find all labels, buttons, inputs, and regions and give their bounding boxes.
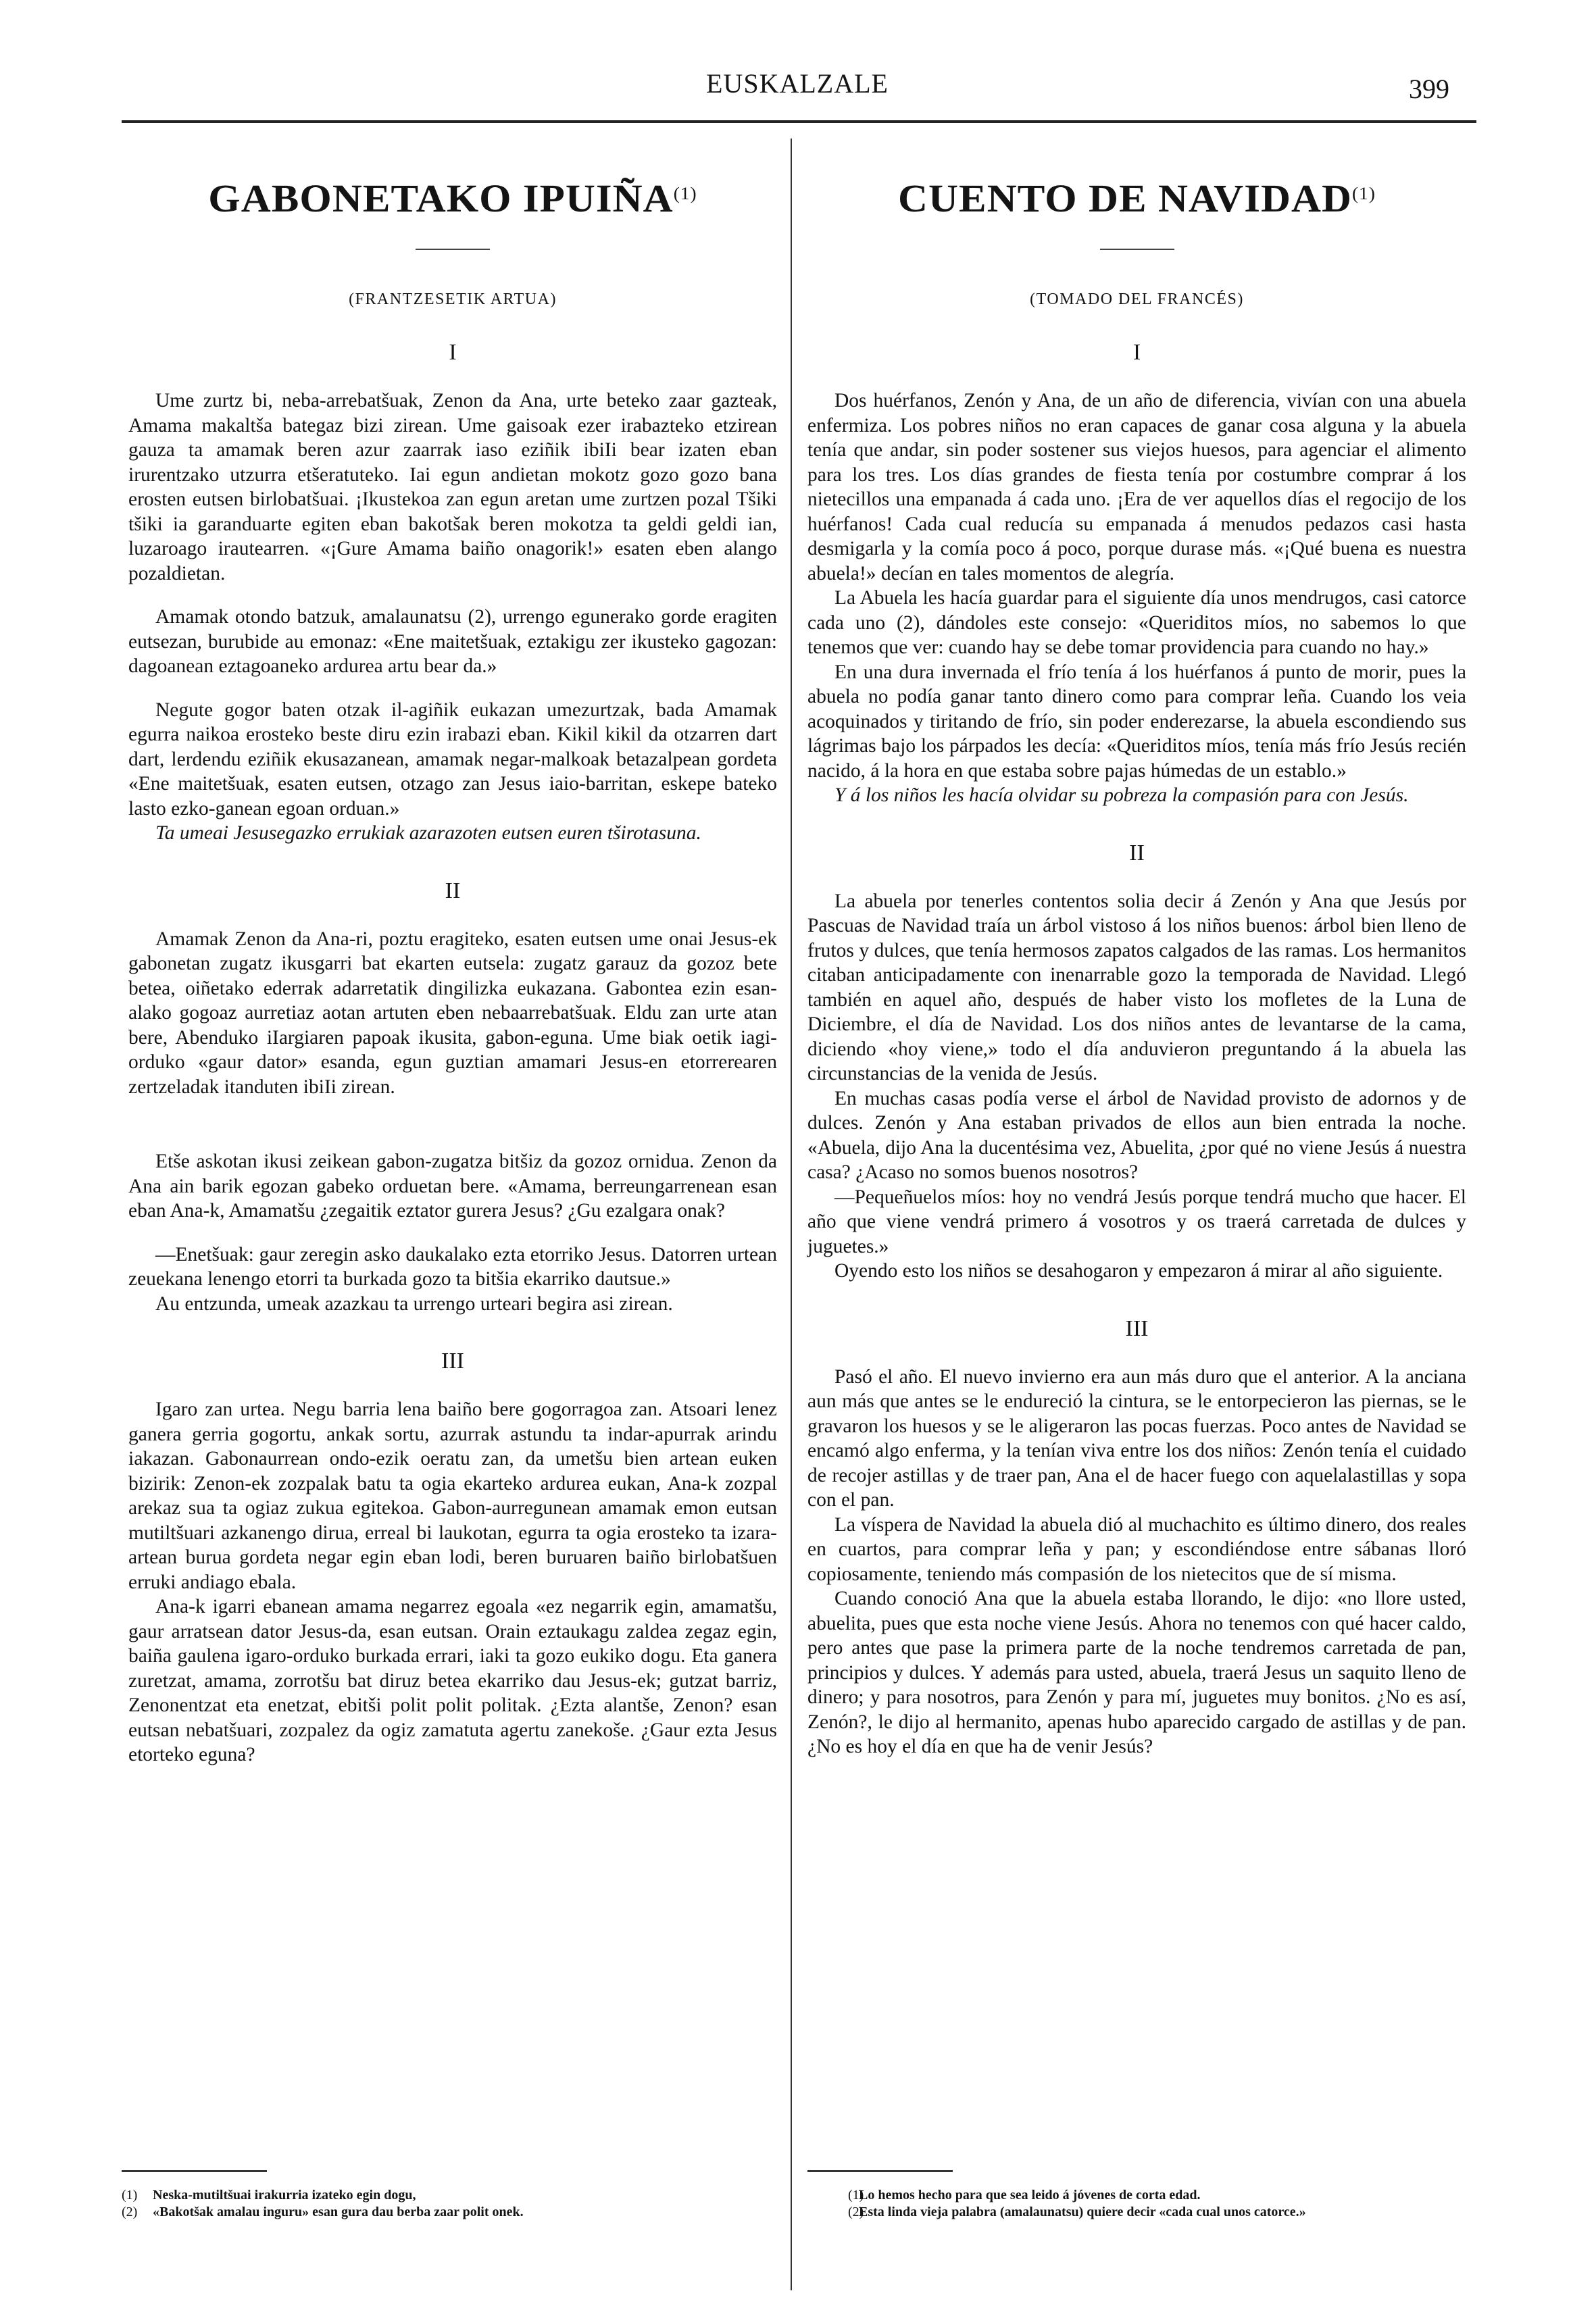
page-number: 399 bbox=[1409, 73, 1449, 105]
running-head: EUSKALZALE 399 bbox=[0, 68, 1596, 108]
footnote-mark: (1) bbox=[122, 2187, 153, 2204]
title-rule bbox=[1100, 249, 1174, 250]
footnote-text: «Bakotšak amalau inguru» esan gura dau b… bbox=[153, 2205, 524, 2219]
paragraph: La abuela por tenerles contentos solia d… bbox=[807, 889, 1466, 1086]
title-rule bbox=[416, 249, 490, 250]
paragraph: La Abuela les hacía guardar para el sigu… bbox=[807, 586, 1466, 660]
spanish-subtitle: (TOMADO DEL FRANCÉS) bbox=[807, 291, 1466, 309]
header-rule bbox=[122, 120, 1476, 123]
title-footnote-ref: (1) bbox=[1352, 184, 1376, 203]
paragraph-italic: Ta umeai Jesusegazko errukiak azarazoten… bbox=[128, 821, 777, 846]
spanish-column: CUENTO DE NAVIDAD(1) (TOMADO DEL FRANCÉS… bbox=[807, 155, 1466, 1759]
paragraph: —Pequeñuelos míos: hoy no vendrá Jesús p… bbox=[807, 1185, 1466, 1259]
footnote-mark: (1) bbox=[828, 2187, 859, 2204]
paragraph-italic: Y á los niños les hacía olvidar su pobre… bbox=[807, 783, 1466, 808]
column-divider bbox=[791, 139, 792, 2290]
paragraph: La víspera de Navidad la abuela dió al m… bbox=[807, 1513, 1466, 1587]
running-title: EUSKALZALE bbox=[706, 68, 889, 99]
footnote: (1)Lo hemos hecho para que sea leido á j… bbox=[807, 2187, 1466, 2204]
paragraph: Amamak Zenon da Ana-ri, poztu eragiteko,… bbox=[128, 927, 777, 1100]
section-numeral: I bbox=[807, 340, 1466, 366]
section-numeral: II bbox=[807, 840, 1466, 866]
spanish-footnotes: (1)Lo hemos hecho para que sea leido á j… bbox=[807, 2170, 1466, 2221]
paragraph: Oyendo esto los niños se desahogaron y e… bbox=[807, 1259, 1466, 1284]
section-numeral: I bbox=[128, 340, 777, 366]
footnote-text: Lo hemos hecho para que sea leido á jóve… bbox=[859, 2188, 1201, 2203]
basque-title-text: GABONETAKO IPUIÑA bbox=[208, 176, 673, 220]
paragraph: Pasó el año. El nuevo invierno era aun m… bbox=[807, 1365, 1466, 1513]
section-numeral: II bbox=[128, 878, 777, 904]
footnote: (1)Neska-mutiltšuai irakurria izateko eg… bbox=[122, 2187, 770, 2204]
paragraph: Dos huérfanos, Zenón y Ana, de un año de… bbox=[807, 388, 1466, 586]
spanish-title: CUENTO DE NAVIDAD(1) bbox=[791, 176, 1483, 223]
footnote: (2)Esta linda vieja palabra (amalaunatsu… bbox=[807, 2204, 1466, 2221]
basque-title: GABONETAKO IPUIÑA(1) bbox=[112, 176, 793, 223]
footnote-text: Esta linda vieja palabra (amalaunatsu) q… bbox=[859, 2205, 1306, 2219]
paragraph: En una dura invernada el frío tenía á lo… bbox=[807, 660, 1466, 784]
paragraph: Au entzunda, umeak azazkau ta urrengo ur… bbox=[128, 1292, 777, 1317]
footnote-mark: (2) bbox=[828, 2204, 859, 2221]
section-numeral: III bbox=[807, 1316, 1466, 1342]
paragraph: Negute gogor baten otzak il-agiñik eukaz… bbox=[128, 698, 777, 822]
basque-footnotes: (1)Neska-mutiltšuai irakurria izateko eg… bbox=[122, 2170, 770, 2221]
paragraph: Ana-k igarri ebanean amama negarrez egoa… bbox=[128, 1594, 777, 1767]
footnote-rule bbox=[807, 2170, 953, 2172]
paragraph: En muchas casas podía verse el árbol de … bbox=[807, 1086, 1466, 1185]
paragraph: Etše askotan ikusi zeikean gabon-zugatza… bbox=[128, 1149, 777, 1224]
paragraph: Amamak otondo batzuk, amalaunatsu (2), u… bbox=[128, 605, 777, 679]
footnote-rule bbox=[122, 2170, 267, 2172]
footnote-text: Neska-mutiltšuai irakurria izateko egin … bbox=[153, 2188, 416, 2203]
footnote: (2)«Bakotšak amalau inguru» esan gura da… bbox=[122, 2204, 770, 2221]
spanish-title-text: CUENTO DE NAVIDAD bbox=[898, 176, 1352, 220]
paragraph: Ume zurtz bi, neba-arrebatšuak, Zenon da… bbox=[128, 388, 777, 586]
paragraph: —Enetšuak: gaur zeregin asko daukalako e… bbox=[128, 1242, 777, 1292]
section-numeral: III bbox=[128, 1349, 777, 1374]
title-footnote-ref: (1) bbox=[674, 184, 697, 203]
paragraph: Igaro zan urtea. Negu barria lena baiño … bbox=[128, 1397, 777, 1594]
basque-subtitle: (FRANTZESETIK ARTUA) bbox=[128, 291, 777, 309]
footnote-mark: (2) bbox=[122, 2204, 153, 2221]
basque-column: GABONETAKO IPUIÑA(1) (FRANTZESETIK ARTUA… bbox=[128, 155, 777, 1767]
paragraph: Cuando conoció Ana que la abuela estaba … bbox=[807, 1586, 1466, 1759]
